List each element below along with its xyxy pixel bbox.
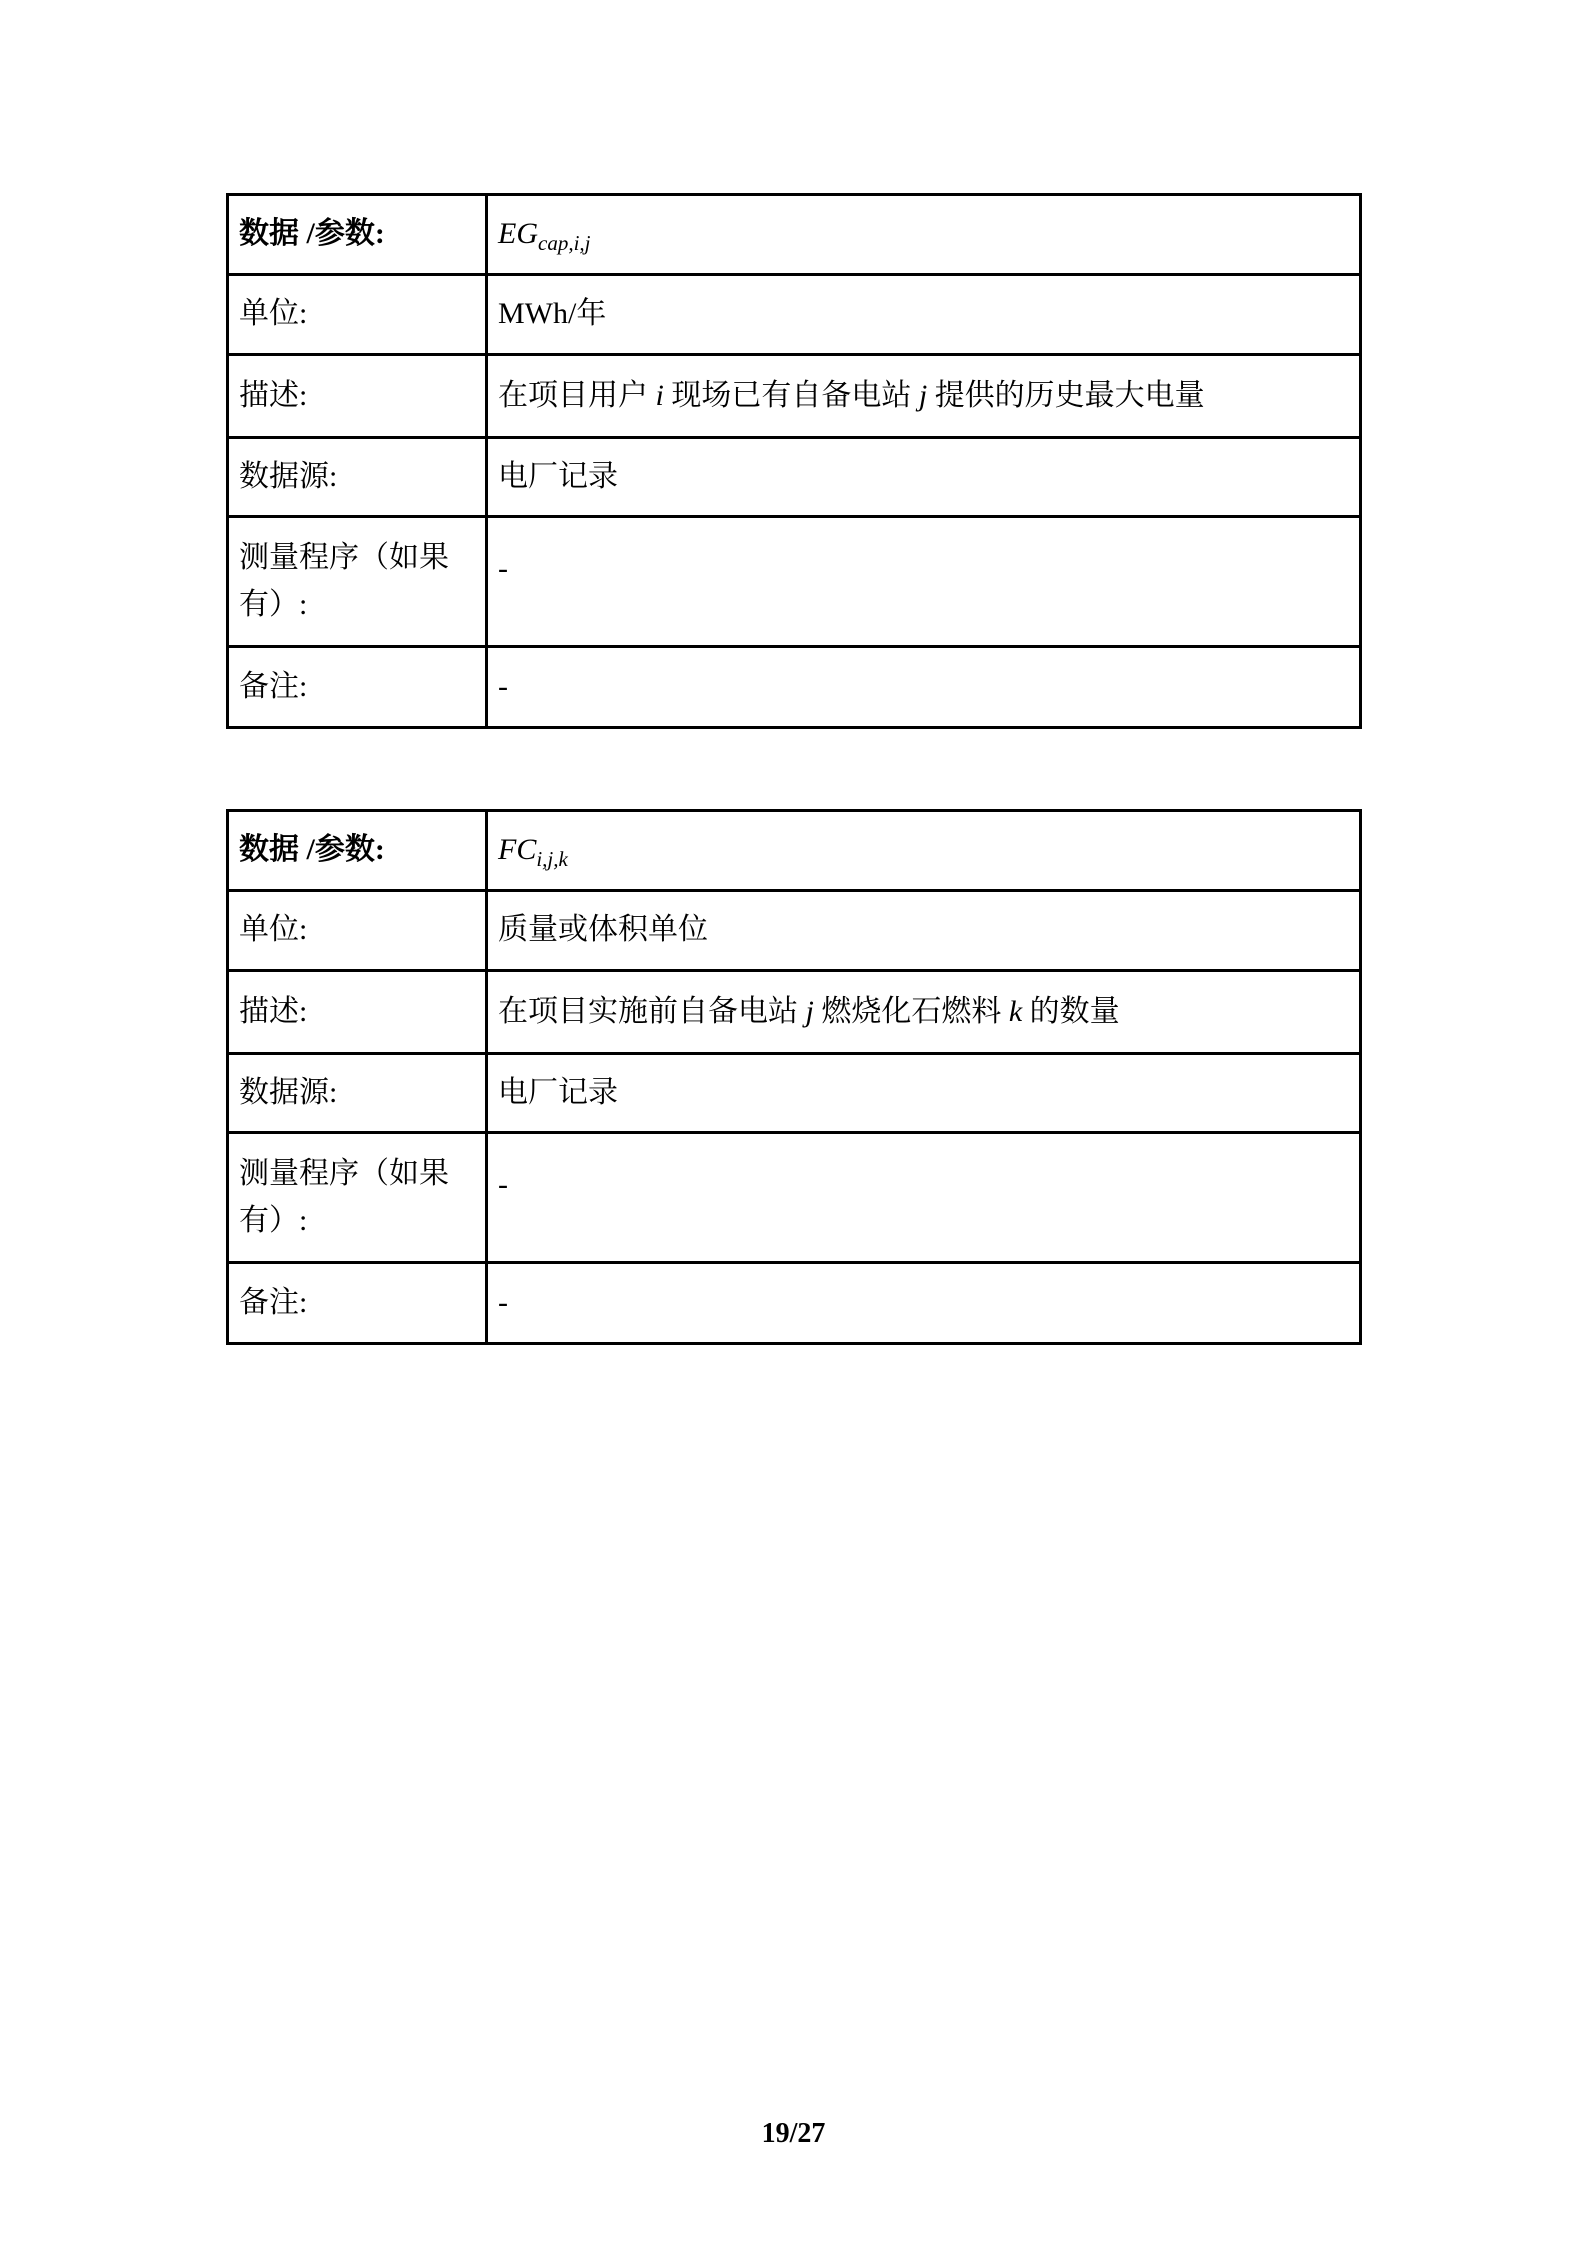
value-text: - (498, 1168, 508, 1201)
value-text: - (498, 552, 508, 585)
row-value: 电厂记录 (487, 1054, 1361, 1133)
variable-symbol: j (806, 995, 814, 1028)
table-row: 备注:- (228, 1263, 1361, 1344)
variable-symbol: i (656, 379, 664, 412)
variable-symbol: EG (498, 217, 538, 250)
value-text: 电厂记录 (498, 460, 618, 493)
row-label: 备注: (228, 647, 487, 728)
table-row: 备注:- (228, 647, 1361, 728)
row-label: 数据 /参数: (228, 195, 487, 275)
row-label: 单位: (228, 891, 487, 971)
row-value: 在项目实施前自备电站 j 燃烧化石燃料 k 的数量 (487, 971, 1361, 1054)
table-row: 测量程序（如果有）:- (228, 1133, 1361, 1263)
row-label: 测量程序（如果有）: (228, 517, 487, 647)
value-text: 在项目用户 (498, 379, 656, 412)
table-row: 数据源:电厂记录 (228, 438, 1361, 517)
value-text: MWh/年 (498, 297, 606, 330)
variable-symbol: i,j,k (536, 847, 568, 871)
value-text: 质量或体积单位 (498, 913, 708, 946)
table-row: 数据源:电厂记录 (228, 1054, 1361, 1133)
value-text: 在项目实施前自备电站 (498, 995, 806, 1028)
variable-symbol: j (919, 379, 927, 412)
row-value: 在项目用户 i 现场已有自备电站 j 提供的历史最大电量 (487, 355, 1361, 438)
value-text: 燃烧化石燃料 (814, 995, 1009, 1028)
row-label: 单位: (228, 275, 487, 355)
table-row: 数据 /参数:EGcap,i,j (228, 195, 1361, 275)
value-text: 的数量 (1022, 995, 1120, 1028)
row-value: 质量或体积单位 (487, 891, 1361, 971)
variable-symbol: k (1009, 995, 1022, 1028)
parameter-table-fcijk: 数据 /参数:FCi,j,k单位:质量或体积单位描述:在项目实施前自备电站 j … (226, 809, 1362, 1345)
value-text: 现场已有自备电站 (664, 379, 919, 412)
value-text: - (498, 1286, 508, 1319)
row-label: 数据 /参数: (228, 811, 487, 891)
table-row: 单位:质量或体积单位 (228, 891, 1361, 971)
value-text: 电厂记录 (498, 1076, 618, 1109)
row-value: 电厂记录 (487, 438, 1361, 517)
table-row: 单位:MWh/年 (228, 275, 1361, 355)
row-label: 描述: (228, 971, 487, 1054)
parameter-table-egcap: 数据 /参数:EGcap,i,j单位:MWh/年描述:在项目用户 i 现场已有自… (226, 193, 1362, 729)
row-label: 测量程序（如果有）: (228, 1133, 487, 1263)
row-value: FCi,j,k (487, 811, 1361, 891)
value-text: - (498, 670, 508, 703)
table-row: 描述:在项目实施前自备电站 j 燃烧化石燃料 k 的数量 (228, 971, 1361, 1054)
variable-symbol: cap,i,j (538, 231, 591, 255)
document-page: 数据 /参数:EGcap,i,j单位:MWh/年描述:在项目用户 i 现场已有自… (0, 0, 1587, 2245)
table-row: 描述:在项目用户 i 现场已有自备电站 j 提供的历史最大电量 (228, 355, 1361, 438)
row-label: 数据源: (228, 1054, 487, 1133)
table-row: 测量程序（如果有）:- (228, 517, 1361, 647)
row-value: - (487, 1263, 1361, 1344)
row-value: EGcap,i,j (487, 195, 1361, 275)
row-value: MWh/年 (487, 275, 1361, 355)
row-label: 备注: (228, 1263, 487, 1344)
row-value: - (487, 517, 1361, 647)
row-label: 数据源: (228, 438, 487, 517)
row-value: - (487, 647, 1361, 728)
page-number: 19/27 (0, 2118, 1587, 2150)
row-value: - (487, 1133, 1361, 1263)
row-label: 描述: (228, 355, 487, 438)
variable-symbol: FC (498, 833, 536, 866)
value-text: 提供的历史最大电量 (927, 379, 1205, 412)
table-row: 数据 /参数:FCi,j,k (228, 811, 1361, 891)
